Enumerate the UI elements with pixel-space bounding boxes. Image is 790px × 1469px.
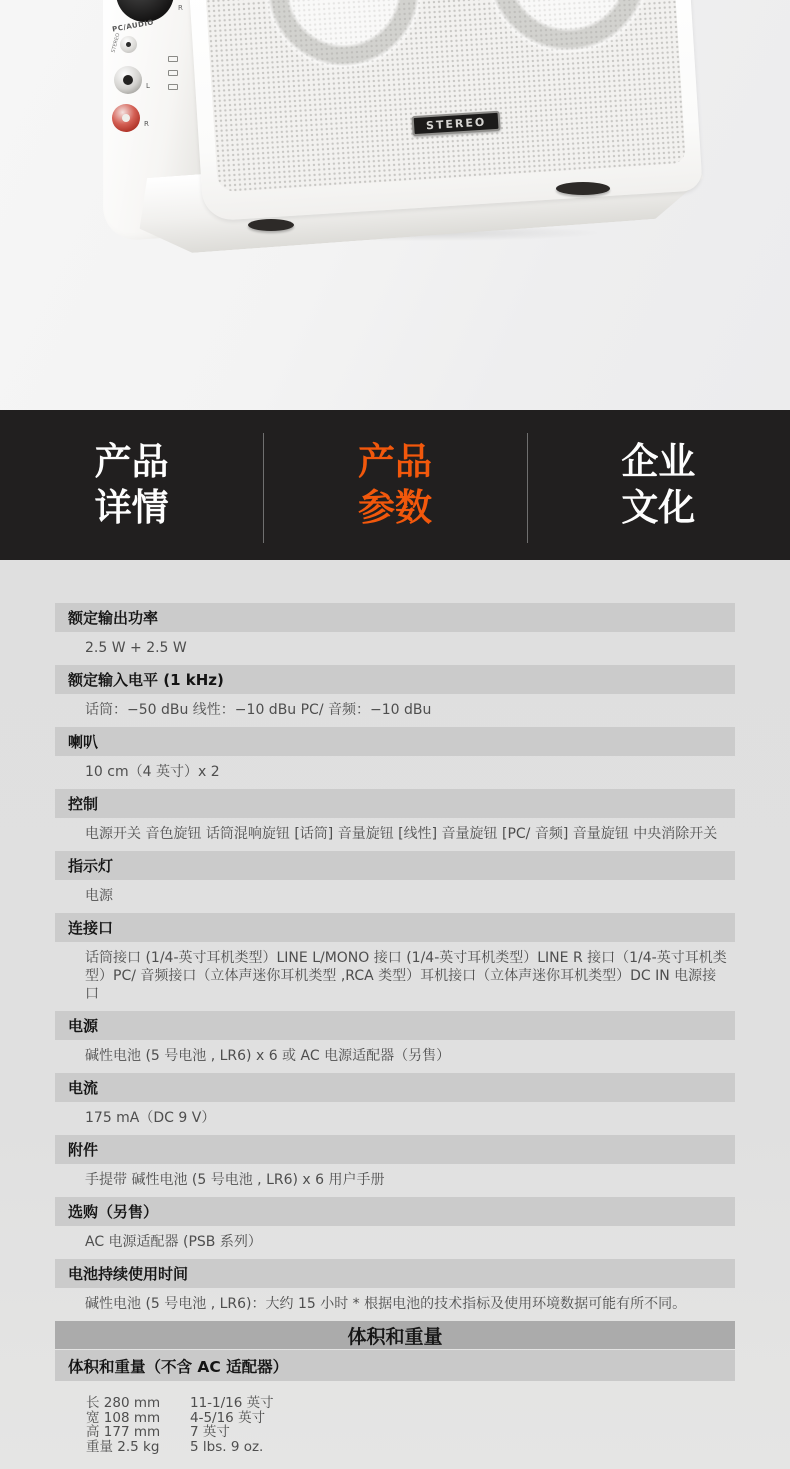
line-l-connector xyxy=(114,66,142,94)
spec-label: 电池持续使用时间 xyxy=(55,1259,735,1288)
line-l-hole xyxy=(123,75,133,85)
spec-label: 喇叭 xyxy=(55,727,735,756)
spec-row-rated-output: 额定输出功率 2.5 W + 2.5 W xyxy=(55,603,735,665)
tab-label-line: 详情 xyxy=(95,485,169,531)
spec-table: 额定输出功率 2.5 W + 2.5 W 额定输入电平 (1 kHz) 话筒：−… xyxy=(55,603,735,1454)
spec-value: 电源开关 音色旋钮 话筒混响旋钮 [话筒] 音量旋钮 [线性] 音量旋钮 [PC… xyxy=(55,818,735,851)
section-subtitle-dimensions: 体积和重量（不含 AC 适配器） xyxy=(55,1350,735,1381)
tab-label-line: 企业 xyxy=(621,439,695,485)
spec-row-controls: 控制 电源开关 音色旋钮 话筒混响旋钮 [话筒] 音量旋钮 [线性] 音量旋钮 … xyxy=(55,789,735,851)
speaker-cone-right xyxy=(456,0,679,83)
spec-value: 2.5 W + 2.5 W xyxy=(55,632,735,665)
speaker-front: STEREO xyxy=(189,0,703,221)
spec-label: 控制 xyxy=(55,789,735,818)
dimension-imperial: 7 英寸 xyxy=(190,1425,230,1440)
tab-label-line: 产品 xyxy=(95,439,169,485)
dimension-metric: 重量 2.5 kg xyxy=(86,1440,190,1455)
dimension-metric: 长 280 mm xyxy=(86,1396,190,1411)
dimension-row-weight: 重量 2.5 kg 5 lbs. 9 oz. xyxy=(86,1440,735,1455)
spec-value: 10 cm（4 英寸）x 2 xyxy=(55,756,735,789)
speaker-foot-left xyxy=(248,219,294,231)
tab-company-culture[interactable]: 企业 文化 xyxy=(527,410,790,560)
dimension-metric: 宽 108 mm xyxy=(86,1411,190,1426)
spec-value: 手提带 碱性电池 (5 号电池 , LR6) x 6 用户手册 xyxy=(55,1164,735,1197)
dimension-imperial: 5 lbs. 9 oz. xyxy=(190,1440,263,1455)
spec-label: 指示灯 xyxy=(55,851,735,880)
spec-value: 话筒接口 (1/4-英寸耳机类型）LINE L/MONO 接口 (1/4-英寸耳… xyxy=(55,942,735,1011)
spec-row-rated-input: 额定输入电平 (1 kHz) 话筒：−50 dBu 线性：−10 dBu PC/… xyxy=(55,665,735,727)
spec-label: 选购（另售） xyxy=(55,1197,735,1226)
spec-label: 连接口 xyxy=(55,913,735,942)
tab-label-line: 参数 xyxy=(358,485,432,531)
spec-row-current: 电流 175 mA（DC 9 V） xyxy=(55,1073,735,1135)
spec-row-speaker: 喇叭 10 cm（4 英寸）x 2 xyxy=(55,727,735,789)
spec-content: 额定输出功率 2.5 W + 2.5 W 额定输入电平 (1 kHz) 话筒：−… xyxy=(0,560,790,1469)
spec-value: 碱性电池 (5 号电池 , LR6)：大约 15 小时 * 根据电池的技术指标及… xyxy=(55,1288,735,1321)
speaker-cone-left xyxy=(237,0,449,96)
mini-jack-hole xyxy=(126,42,131,47)
dimension-imperial: 4-5/16 英寸 xyxy=(190,1411,265,1426)
spec-row-indicator: 指示灯 电源 xyxy=(55,851,735,913)
dimensions-list: 长 280 mm 11-1/16 英寸 宽 108 mm 4-5/16 英寸 高… xyxy=(55,1381,735,1454)
spec-label: 电源 xyxy=(55,1011,735,1040)
dimension-imperial: 11-1/16 英寸 xyxy=(190,1396,274,1411)
tab-product-details[interactable]: 产品 详情 xyxy=(0,410,263,560)
mini-jack-connector xyxy=(120,36,137,53)
tab-product-parameters[interactable]: 产品 参数 xyxy=(263,410,526,560)
spec-label: 额定输入电平 (1 kHz) xyxy=(55,665,735,694)
dimension-row-width: 宽 108 mm 4-5/16 英寸 xyxy=(86,1411,735,1426)
jack-l-letter: L xyxy=(146,82,150,90)
spec-label: 电流 xyxy=(55,1073,735,1102)
jack-r-letter: R xyxy=(144,120,149,128)
section-title-dimensions: 体积和重量 xyxy=(55,1321,735,1349)
line-r-connector xyxy=(112,104,140,132)
tab-bar: 产品 详情 产品 参数 企业 文化 xyxy=(0,410,790,560)
product-photo: R PC/AUDIO STEREO L R STEREO xyxy=(0,0,790,410)
spec-row-power: 电源 碱性电池 (5 号电池 , LR6) x 6 或 AC 电源适配器（另售） xyxy=(55,1011,735,1073)
spec-value: 话筒：−50 dBu 线性：−10 dBu PC/ 音频：−10 dBu xyxy=(55,694,735,727)
speaker-foot-right xyxy=(556,182,610,195)
spec-row-connectors: 连接口 话筒接口 (1/4-英寸耳机类型）LINE L/MONO 接口 (1/4… xyxy=(55,913,735,1011)
dimension-row-length: 长 280 mm 11-1/16 英寸 xyxy=(86,1396,735,1411)
dimension-row-height: 高 177 mm 7 英寸 xyxy=(86,1425,735,1440)
spec-value: 175 mA（DC 9 V） xyxy=(55,1102,735,1135)
spec-label: 额定输出功率 xyxy=(55,603,735,632)
connector-icons xyxy=(168,56,182,116)
dimension-metric: 高 177 mm xyxy=(86,1425,190,1440)
tab-label-line: 文化 xyxy=(621,485,695,531)
spec-label: 附件 xyxy=(55,1135,735,1164)
spec-value: 碱性电池 (5 号电池 , LR6) x 6 或 AC 电源适配器（另售） xyxy=(55,1040,735,1073)
spec-value: 电源 xyxy=(55,880,735,913)
speaker-grille xyxy=(204,0,686,193)
speaker-knob-label: R xyxy=(178,4,183,12)
spec-row-battery-life: 电池持续使用时间 碱性电池 (5 号电池 , LR6)：大约 15 小时 * 根… xyxy=(55,1259,735,1321)
spec-row-optional: 选购（另售） AC 电源适配器 (PSB 系列） xyxy=(55,1197,735,1259)
spec-value: AC 电源适配器 (PSB 系列） xyxy=(55,1226,735,1259)
tab-label-line: 产品 xyxy=(358,439,432,485)
spec-row-accessories: 附件 手提带 碱性电池 (5 号电池 , LR6) x 6 用户手册 xyxy=(55,1135,735,1197)
line-r-hole xyxy=(122,114,130,122)
